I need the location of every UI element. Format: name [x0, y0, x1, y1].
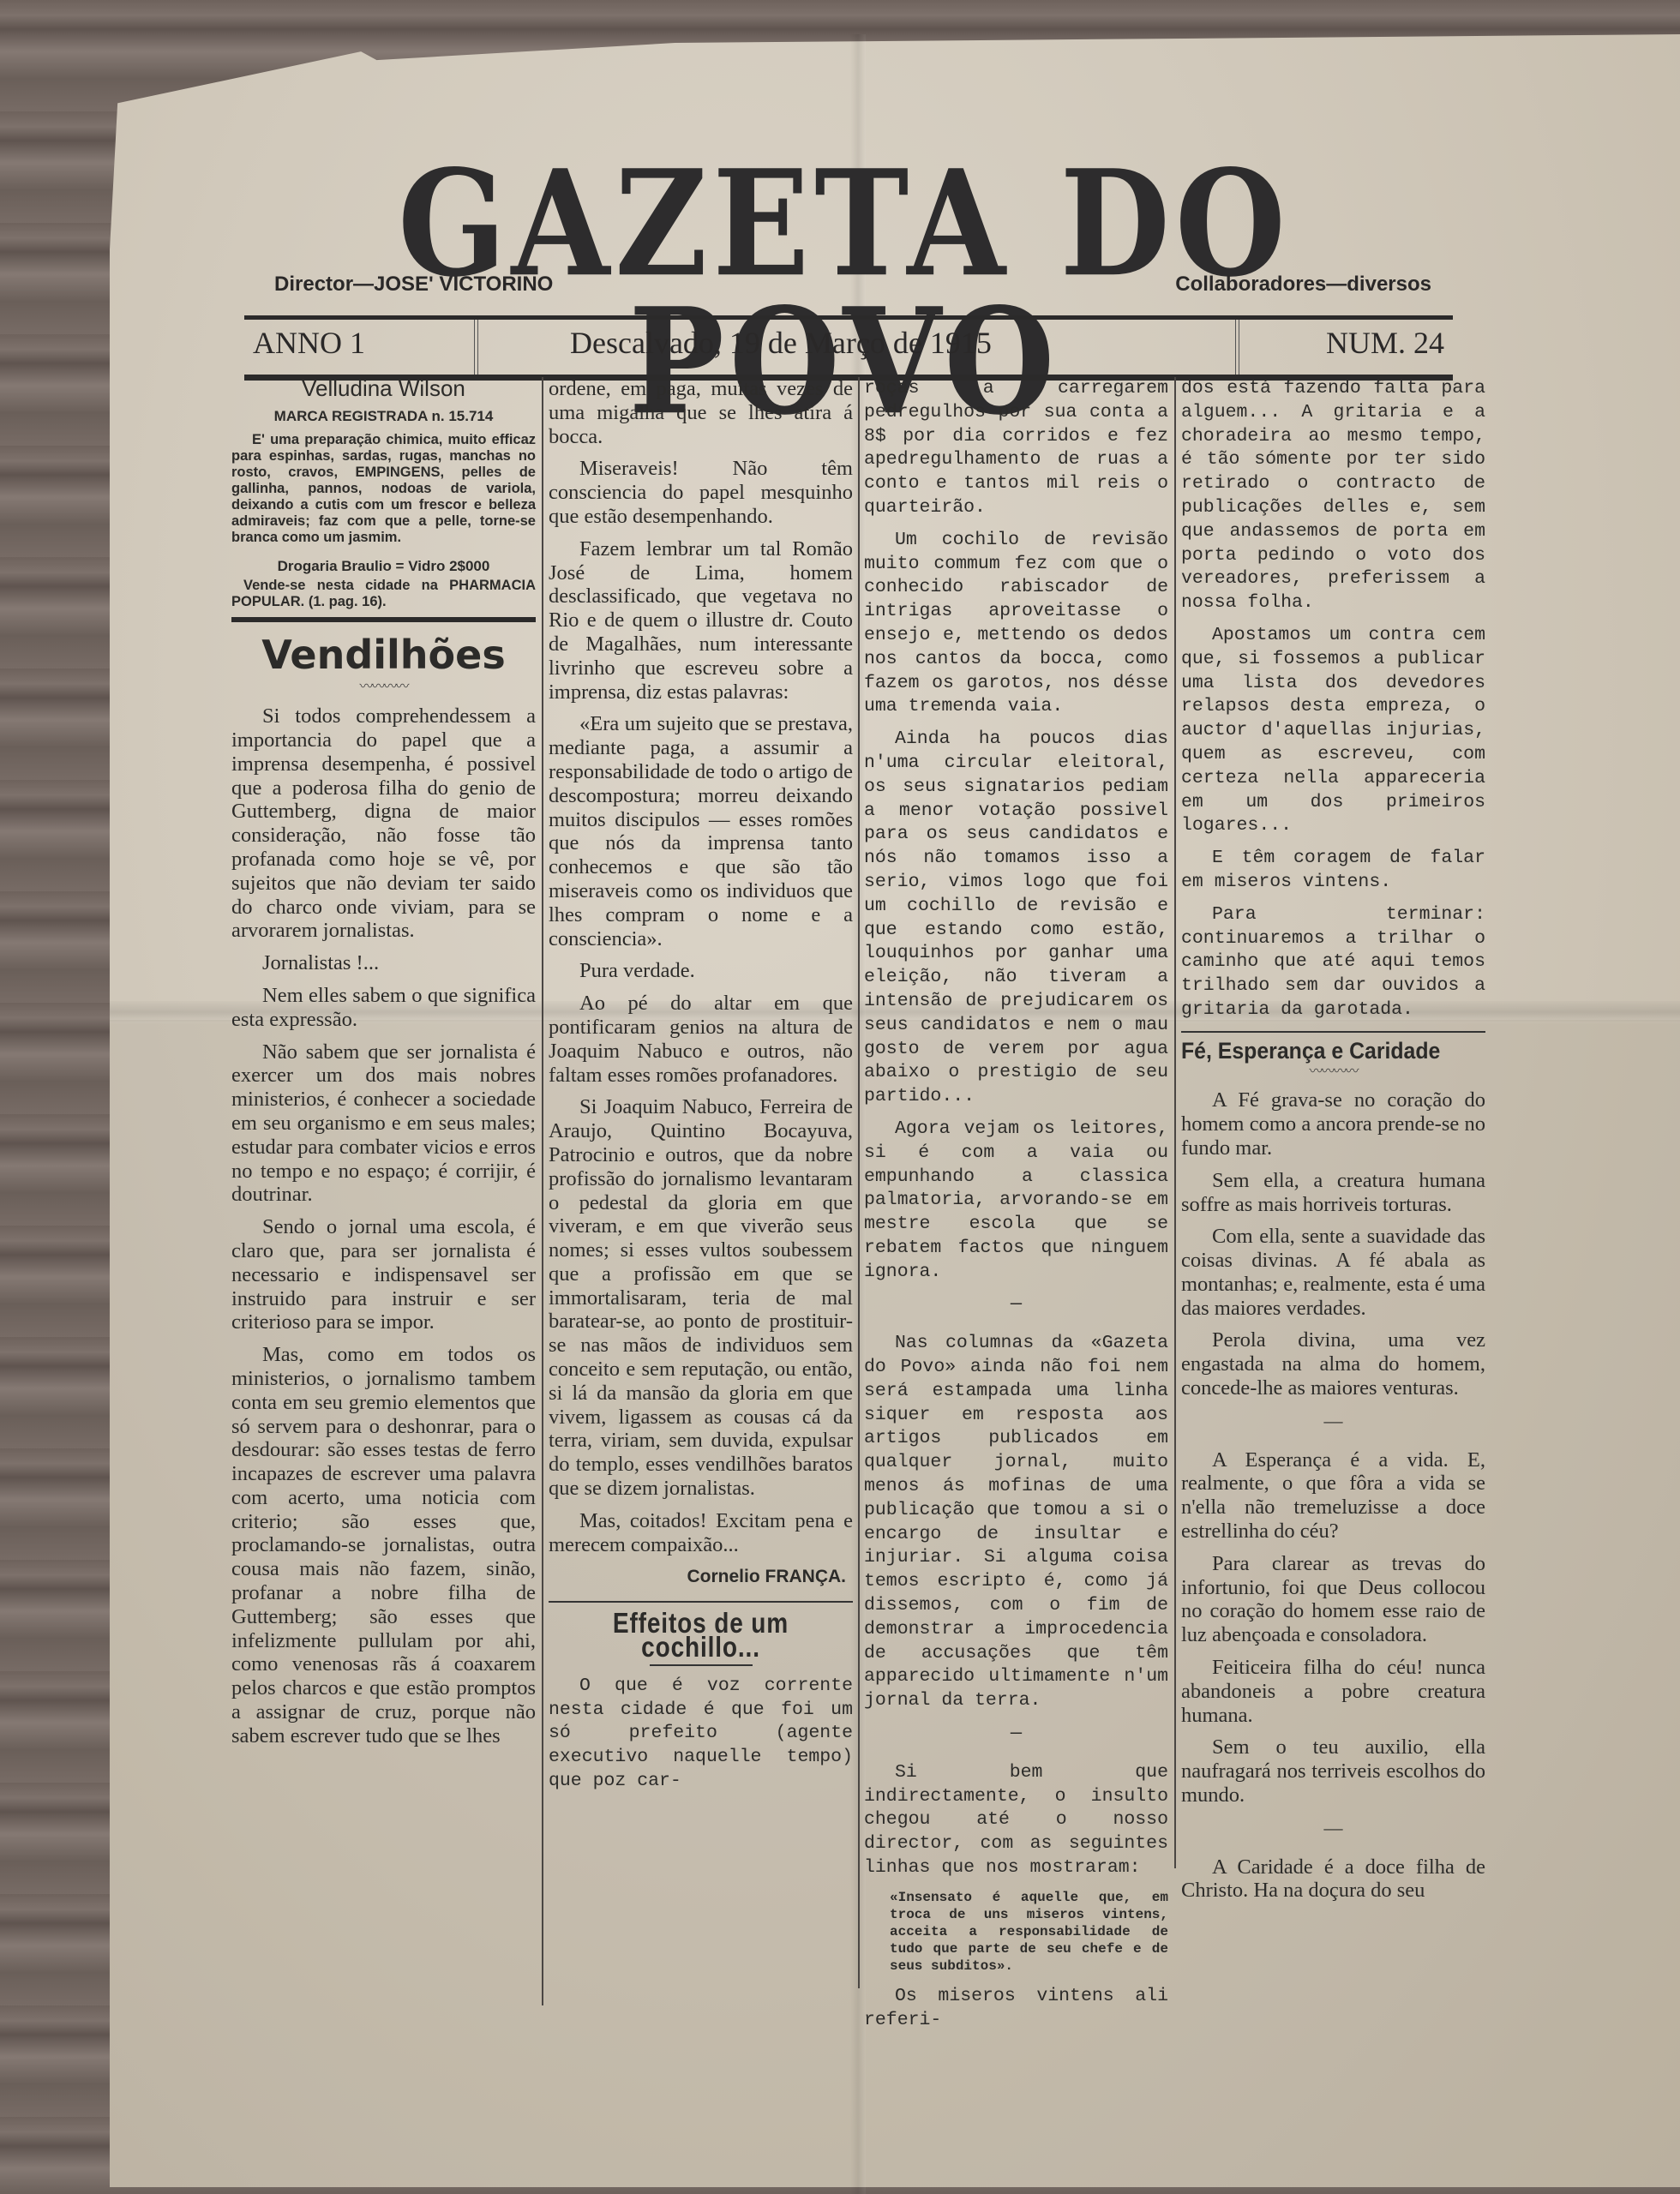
paragraph: Nas columnas da «Gazeta do Povo» ainda n… — [864, 1332, 1168, 1713]
column-4: dos está fazendo falta para alguem... A … — [1181, 377, 1485, 1911]
article-title-effeitos: Effeitos de um cochillo... — [572, 1611, 831, 1659]
director-credit: Director—JOSE' VICTORINO — [274, 273, 553, 297]
column-3: roças a carregarem pedregulhos por sua c… — [864, 377, 1168, 2041]
paragraph: Si bem que indirectamente, o insulto che… — [864, 1761, 1168, 1880]
section-dash: — — [864, 1722, 1168, 1746]
paragraph: Sendo o jornal uma escola, é claro que, … — [231, 1215, 536, 1334]
section-rule — [549, 1601, 853, 1603]
article-title-vendilhoes: Vendilhões — [231, 631, 536, 679]
section-dash: — — [1181, 1409, 1485, 1433]
paragraph: Com ella, sente a suavidade das coisas d… — [1181, 1225, 1485, 1320]
ad-body: E' uma preparação chimica, muito efficaz… — [231, 432, 536, 546]
paragraph: Agora vejam os leitores, si é com a vaia… — [864, 1118, 1168, 1285]
section-rule — [231, 617, 536, 622]
issue-year: ANNO 1 — [253, 325, 365, 361]
paragraph: O que é voz corrente nesta cidade é que … — [549, 1675, 853, 1794]
ornament: 〰〰〰〰 — [231, 675, 536, 699]
collaborators-credit: Collaboradores—diversos — [1175, 273, 1431, 297]
paragraph: Não sabem que ser jornalista é exercer u… — [231, 1040, 536, 1208]
paragraph: Pura verdade. — [549, 959, 853, 983]
column-rule — [1174, 377, 1176, 1868]
paragraph: Mas, coitados! Excitam pena e merecem co… — [549, 1509, 853, 1557]
column-rule — [858, 377, 860, 1988]
article-title-fe-esperanca-caridade: Fé, Esperança e Caridade — [1181, 1040, 1461, 1064]
paragraph: Fazem lembrar um tal Romão José de Lima,… — [549, 537, 853, 704]
section-rule — [1181, 1031, 1485, 1033]
column-1: Velludina Wilson MARCA REGISTRADA n. 15.… — [231, 377, 536, 1757]
paragraph: Mas, como em todos os ministerios, o jor… — [231, 1343, 536, 1748]
paragraph: Sem o teu auxilio, ella naufragará nos t… — [1181, 1735, 1485, 1807]
title-underline — [650, 1664, 753, 1666]
quoted-paragraph: «Era um sujeito que se prestava, mediant… — [549, 712, 853, 950]
block-quote: «Insensato é aquelle que, em troca de un… — [890, 1889, 1168, 1975]
paragraph: Perola divina, uma vez engastada na alma… — [1181, 1328, 1485, 1400]
paragraph: ordene, em paga, muitas vezes de uma mig… — [549, 377, 853, 448]
paragraph: roças a carregarem pedregulhos por sua c… — [864, 377, 1168, 520]
ad-sale-location: Vende-se nesta cidade na PHARMACIA POPUL… — [231, 578, 536, 610]
section-dash: — — [1181, 1816, 1485, 1840]
ad-brand: Velludina Wilson — [231, 377, 536, 401]
paragraph: Si todos comprehendessem a importancia d… — [231, 704, 536, 943]
paragraph: Ao pé do altar em que pontificaram genio… — [549, 992, 853, 1087]
paragraph: E têm coragem de falar em miseros vinten… — [1181, 847, 1485, 895]
column-rule — [542, 377, 543, 2005]
paragraph: Jornalistas !... — [231, 951, 536, 975]
paragraph: Ainda ha poucos dias n'uma circular elei… — [864, 728, 1168, 1109]
issue-number: NUM. 24 — [1326, 325, 1444, 361]
advertisement-velludina: Velludina Wilson MARCA REGISTRADA n. 15.… — [231, 377, 536, 610]
paragraph: Feiticeira filha do céu! nunca abandonei… — [1181, 1656, 1485, 1727]
paragraph: Sem ella, a creatura humana soffre as ma… — [1181, 1169, 1485, 1217]
paragraph: Miseraveis! Não têm consciencia do papel… — [549, 457, 853, 528]
paragraph: Um cochilo de revisão muito commum fez c… — [864, 529, 1168, 719]
section-dash: — — [864, 1292, 1168, 1316]
column-2: ordene, em paga, muitas vezes de uma mig… — [549, 377, 853, 1802]
divider — [474, 320, 478, 375]
ad-price: Drogaria Braulio = Vidro 2$000 — [231, 554, 536, 578]
paragraph: Para clarear as trevas do infortunio, fo… — [1181, 1552, 1485, 1647]
paragraph: A Fé grava-se no coração do homem como a… — [1181, 1088, 1485, 1160]
paragraph: A Caridade é a doce filha de Christo. Ha… — [1181, 1855, 1485, 1903]
paragraph: Para terminar: continuaremos a trilhar o… — [1181, 903, 1485, 1022]
issue-dateline: Descalvado, 19 de Março de 1915 — [570, 325, 992, 361]
paragraph: Nem elles sabem o que significa esta exp… — [231, 984, 536, 1032]
article-signature: Cornelio FRANÇA. — [549, 1565, 846, 1589]
paragraph: Si Joaquim Nabuco, Ferreira de Araujo, Q… — [549, 1095, 853, 1501]
issue-info-bar: ANNO 1 Descalvado, 19 de Março de 1915 N… — [244, 315, 1453, 381]
ad-registration: MARCA REGISTRADA n. 15.714 — [231, 405, 536, 429]
divider — [1235, 320, 1239, 375]
paragraph: Apostamos um contra cem que, si fossemos… — [1181, 624, 1485, 838]
paragraph: A Esperança é a vida. E, realmente, o qu… — [1181, 1448, 1485, 1544]
paragraph: Os miseros vintens ali referi- — [864, 1985, 1168, 2033]
paragraph: dos está fazendo falta para alguem... A … — [1181, 377, 1485, 615]
